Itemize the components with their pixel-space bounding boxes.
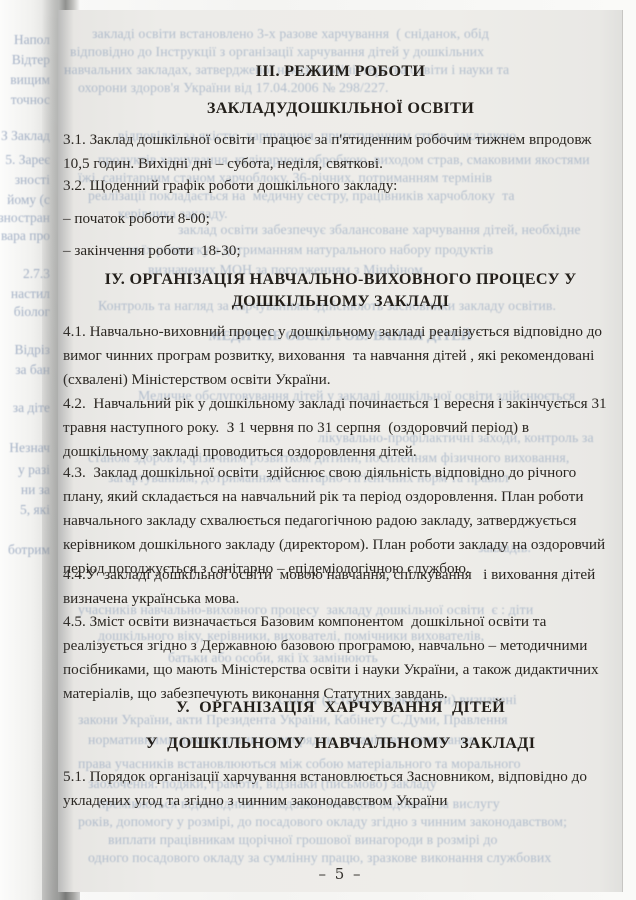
page-number: – 5 –	[63, 862, 618, 886]
paragraph-4-5: 4.5. Зміст освіти визначається Базовим к…	[63, 610, 618, 706]
paragraph-4-1: 4.1. Навчально-виховний процес у дошкіль…	[63, 320, 618, 392]
section-5-heading-line2: У ДОШКІЛЬНОМУ НАВЧАЛЬНОМУ ЗАКЛАДІ	[63, 732, 618, 754]
schedule-end-line: – закінчення роботи 18-30;	[63, 239, 618, 263]
bleed-through-line: відповідно до Інструкції з організації х…	[70, 44, 618, 60]
bleed-through-line: охорони здоров'я України від 17.04.2006 …	[78, 80, 618, 96]
paragraph-3-1: 3.1. Заклад дошкільної освіти працює за …	[63, 128, 618, 176]
section-4-heading: ІУ. ОРГАНІЗАЦІЯ НАВЧАЛЬНО-ВИХОВНОГО ПРОЦ…	[63, 268, 618, 312]
paragraph-3-2: 3.2. Щоденний графік роботи дошкільного …	[63, 174, 618, 198]
schedule-start-line: – початок роботи 8-00;	[63, 207, 618, 231]
section-5-heading-line1: У. ОРГАНІЗАЦІЯ ХАРЧУВАННЯ ДІТЕЙ	[63, 696, 618, 718]
paragraph-4-2: 4.2. Навчальний рік у дошкільному заклад…	[63, 392, 618, 464]
document-page: закладі освіти встановлено 3-х разове ха…	[58, 10, 623, 892]
section-3-heading-line1: ІІІ. РЕЖИМ РОБОТИ	[63, 60, 618, 82]
paragraph-4-4: 4.4.У закладі дошкільної освіти мовою на…	[63, 563, 618, 611]
paragraph-5-1: 5.1. Порядок організації харчування вста…	[63, 765, 618, 813]
section-3-heading-line2: ЗАКЛАДУДОШКІЛЬНОЇ ОСВІТИ	[63, 97, 618, 119]
scanned-document-page: НаполВідтервищимточносЗ Заклад5. Зареєзн…	[0, 0, 636, 900]
bleed-through-line: років, допомогу у розмірі, до посадового…	[78, 814, 618, 830]
bleed-through-line: закладі освіти встановлено 3-х разове ха…	[92, 26, 618, 42]
bleed-through-line: виплати працівникам щорічної грошової ви…	[108, 832, 618, 848]
